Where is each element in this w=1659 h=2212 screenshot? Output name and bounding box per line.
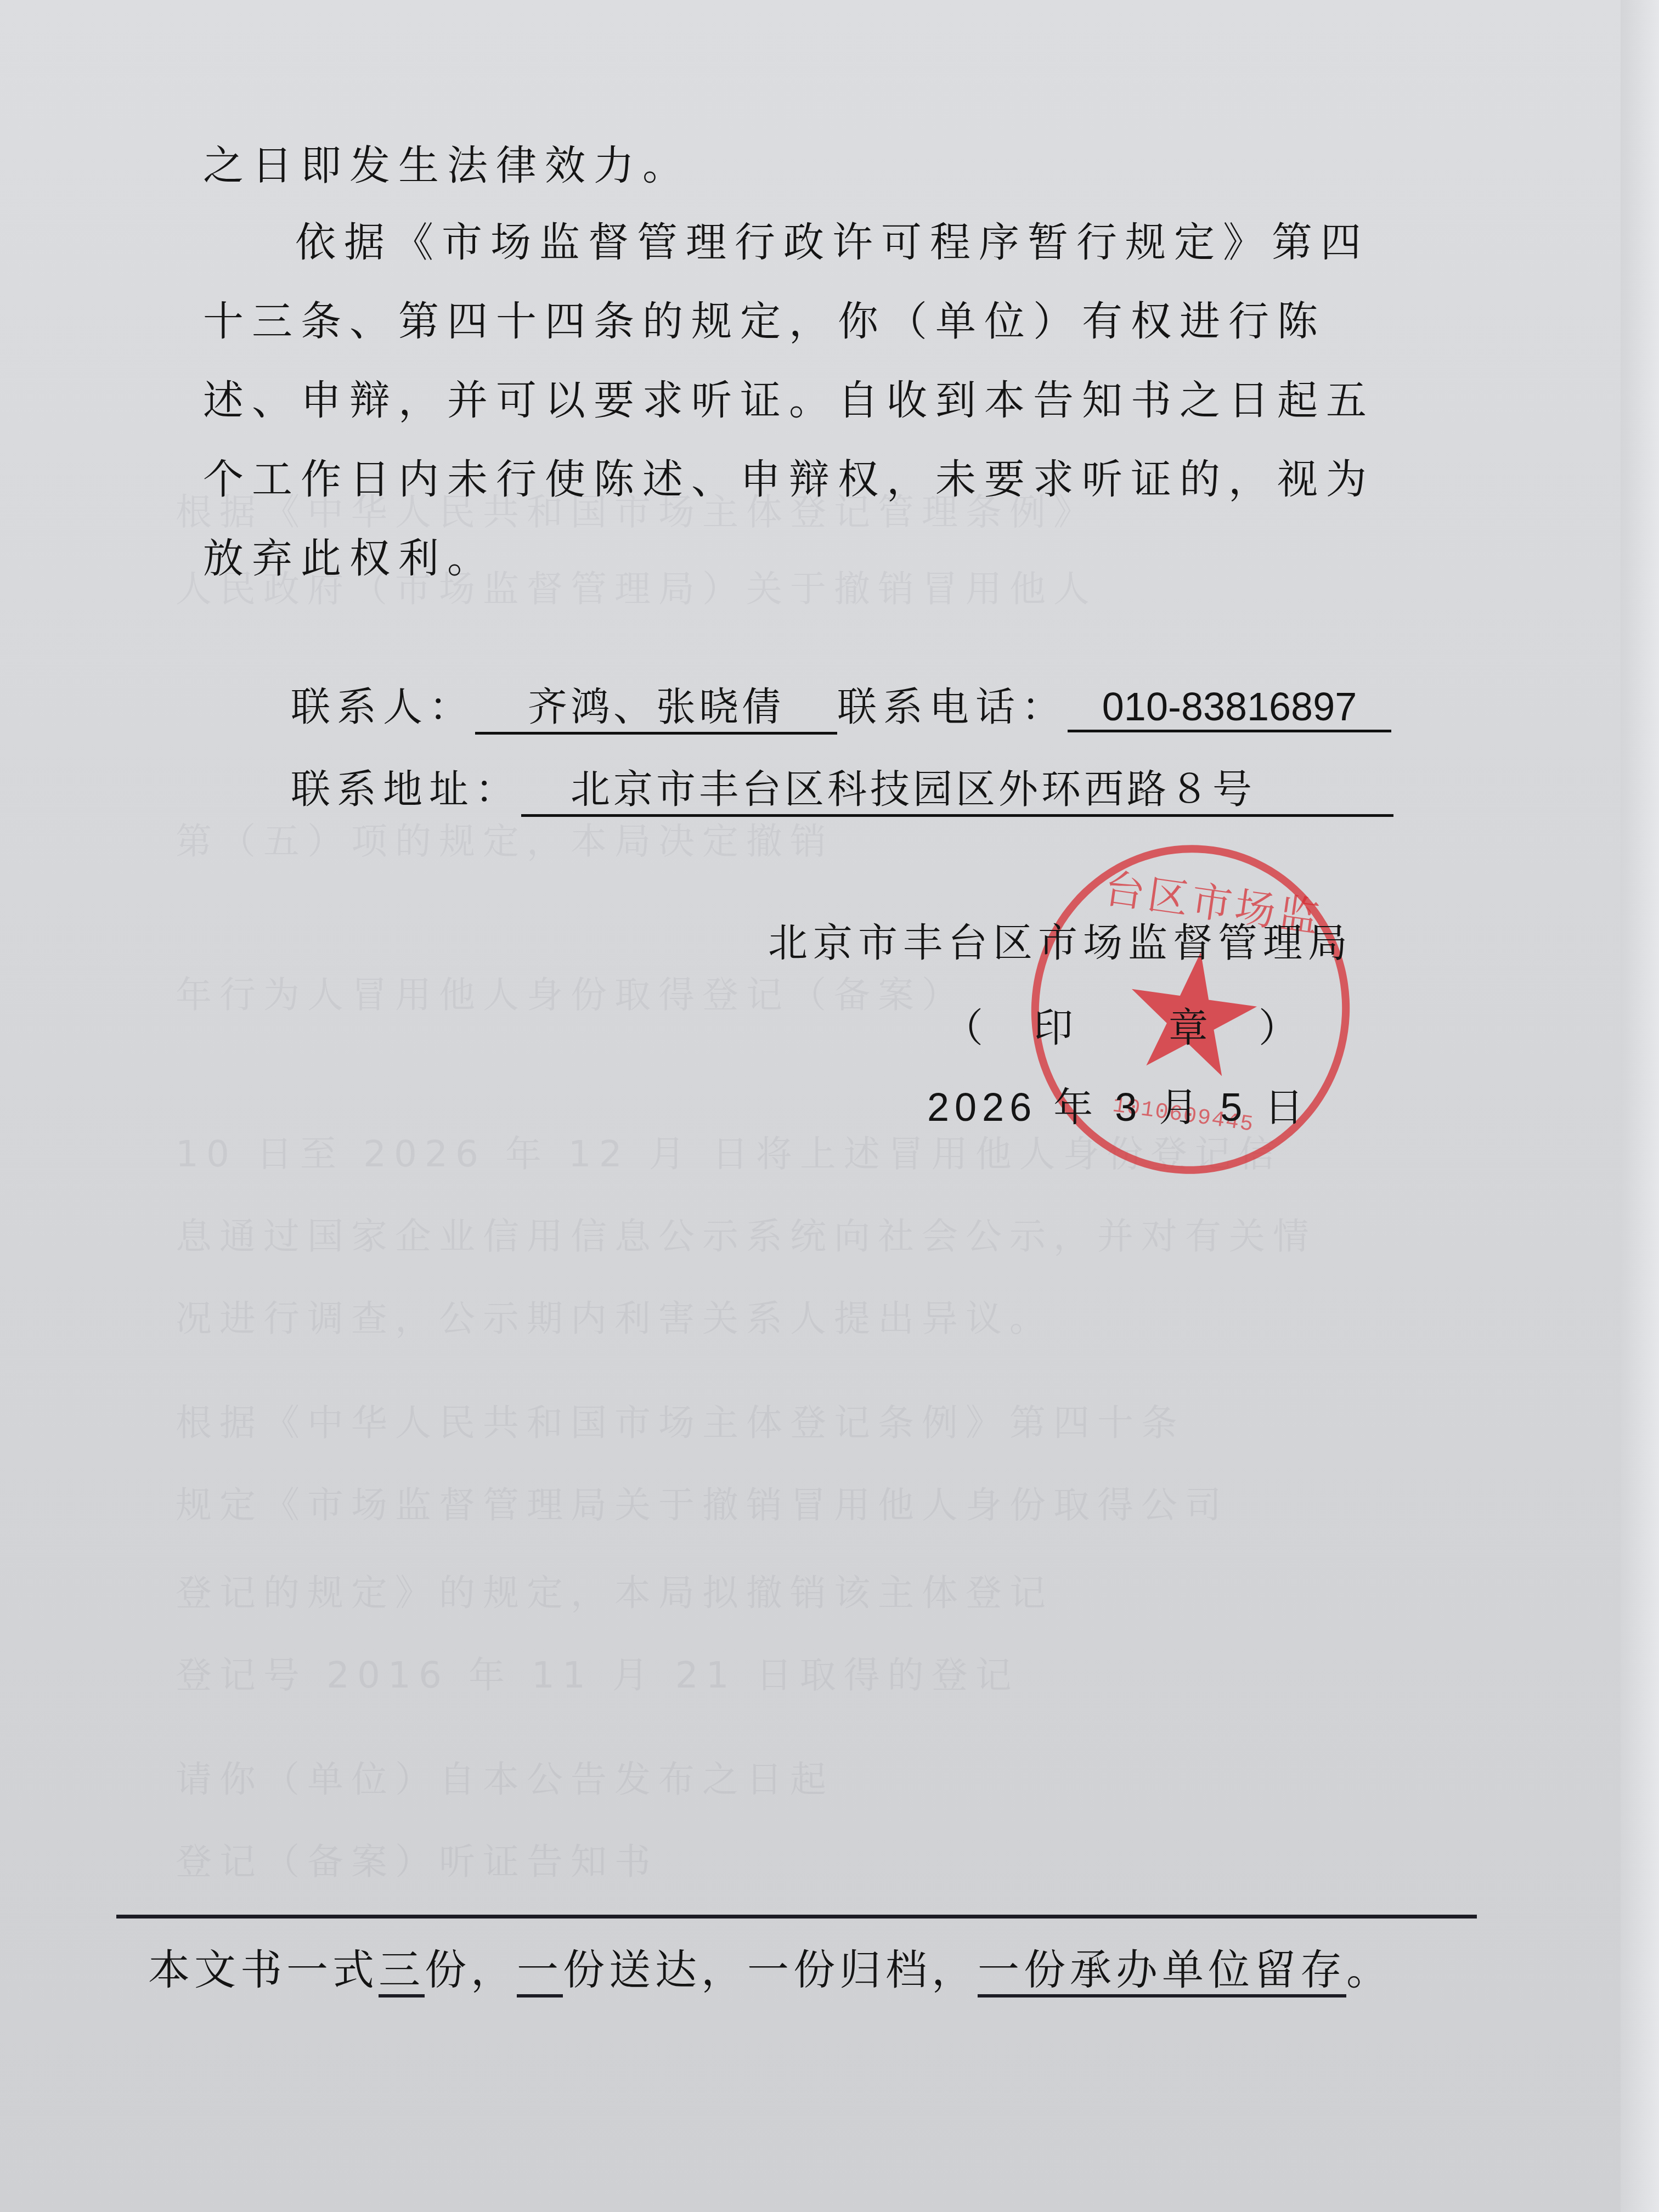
contact-address-value: 北京市丰台区科技园区外环西路８号 (521, 757, 1393, 817)
bleed-line: 登记号 2016 年 11 月 21 日取得的登记 (176, 1646, 1410, 1698)
bleed-line: 请你（单位）自本公告发布之日起 (176, 1750, 1410, 1802)
footer-copies-count: 三 (379, 1945, 425, 1997)
issue-date: 2026 年 3 月 5 日 (927, 1075, 1309, 1132)
bleed-line: 根据《中华人民共和国市场主体登记条例》第四十条 (176, 1393, 1410, 1446)
page-edge (1621, 0, 1659, 2212)
contact-person-phone-row: 联系人：齐鸿、张晓倩联系电话：010-83816897 (291, 675, 1391, 735)
footer-copies-note: 本文书一式三份，一份送达，一份归档，一份承办单位留存。 (148, 1937, 1392, 1996)
contact-person-value: 齐鸿、张晓倩 (475, 675, 837, 735)
footer-suffix: 。 (1346, 1945, 1392, 1994)
footer-keep-text: 一份承办单位留存 (978, 1945, 1346, 1997)
bleed-line: 登记（备案）听证告知书 (176, 1832, 1410, 1884)
bleed-line: 规定《市场监督管理局关于撤销冒用他人身份取得公司 (176, 1476, 1410, 1528)
footer-mid1: 份， (425, 1945, 517, 1994)
contact-address-label: 联系地址： (291, 766, 521, 812)
contact-address-row: 联系地址：北京市丰台区科技园区外环西路８号 (291, 757, 1393, 817)
footer-prefix: 本文书一式 (148, 1945, 379, 1994)
bleed-line: 登记的规定》的规定，本局拟撤销该主体登记 (176, 1564, 1410, 1616)
rights-paragraph: 依据《市场监督管理行政许可程序暂行规定》第四十三条、第四十四条的规定，你（单位）… (203, 203, 1383, 598)
footer-send-count: 一 (517, 1945, 563, 1997)
bleed-line: 息通过国家企业信用信息公示系统向社会公示，并对有关情 (176, 1207, 1410, 1259)
footer-mid2: 份送达，一份归档， (563, 1945, 978, 1994)
bleed-line: 况进行调查，公示期内利害关系人提出异议。 (176, 1289, 1410, 1341)
issuer-name: 北京市丰台区市场监督管理局 (768, 911, 1353, 968)
footer-divider (116, 1915, 1477, 1918)
contact-phone-value: 010-83816897 (1068, 685, 1391, 732)
seal-label: （ 印 章 ） (944, 996, 1304, 1053)
contact-phone-label: 联系电话： (837, 684, 1068, 730)
continuation-paragraph: 之日即发生法律效力。 (203, 126, 1383, 205)
contact-person-label: 联系人： (291, 684, 475, 730)
